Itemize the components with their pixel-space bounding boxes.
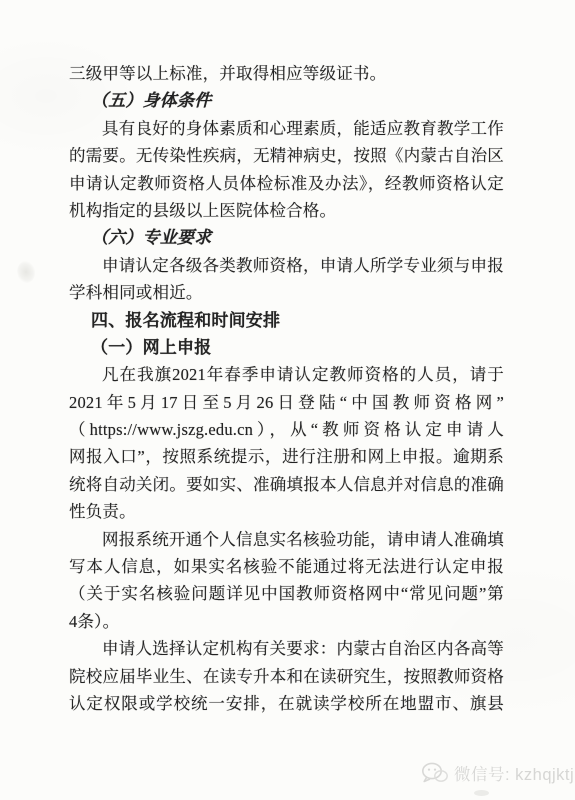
- wechat-watermark: 微信号: kzhqjktj: [421, 761, 574, 785]
- scan-smudge: [14, 259, 38, 286]
- text-line: （https://www.jszg.edu.cn），从“教师资格认定申请人: [69, 416, 504, 443]
- text-line: 学科相同或相近。: [69, 279, 504, 306]
- text-line: 性负责。: [69, 498, 504, 525]
- page-background: 三级甲等以上标准，并取得相应等级证书。 （五）身体条件 具有良好的身体素质和心理…: [0, 0, 575, 800]
- section-heading: 四、报名流程和时间安排: [69, 307, 504, 334]
- text-line: 网报入口”，按照系统提示，进行注册和网上申报。逾期系: [69, 443, 504, 470]
- text-line: 申请认定各级各类教师资格，申请人所学专业须与申报: [69, 252, 504, 279]
- text-line: （关于实名核验问题详见中国教师资格网中“常见问题”第: [69, 580, 504, 607]
- text-line: 申请认定教师资格人员体检标准及办法》，经教师资格认定: [69, 170, 504, 197]
- text-line: 机构指定的县级以上医院体检合格。: [69, 197, 504, 224]
- text-line: 4条）。: [69, 608, 504, 635]
- section-heading: （五）身体条件: [69, 87, 504, 114]
- scanned-document-page: { "page": { "background": "#fcfcfa", "te…: [0, 0, 575, 800]
- section-heading: （一）网上申报: [69, 334, 504, 361]
- text-line: 写本人信息，如果实名核验不能通过将无法进行认定申报: [69, 553, 504, 580]
- document-text: 三级甲等以上标准，并取得相应等级证书。 （五）身体条件 具有良好的身体素质和心理…: [69, 60, 504, 717]
- section-heading: （六）专业要求: [69, 224, 504, 251]
- text-line: 凡在我旗2021年春季申请认定教师资格的人员，请于: [69, 361, 504, 388]
- wechat-icon: [421, 761, 448, 785]
- scan-smudge: [474, 790, 489, 796]
- text-line: 2021年5月17日至5月26日登陆“中国教师资格网”: [69, 389, 504, 416]
- text-line: 申请人选择认定机构有关要求：内蒙古自治区内各高等: [69, 635, 504, 662]
- text-line: 院校应届毕业生、在读专升本和在读研究生，按照教师资格: [69, 663, 504, 690]
- watermark-label: 微信号: kzhqjktj: [454, 761, 574, 785]
- text-line: 网报系统开通个人信息实名核验功能，请申请人准确填: [69, 526, 504, 553]
- text-line: 的需要。无传染性疾病，无精神病史，按照《内蒙古自治区: [69, 142, 504, 169]
- text-line: 三级甲等以上标准，并取得相应等级证书。: [69, 60, 504, 87]
- text-line: 统将自动关闭。要如实、准确填报本人信息并对信息的准确: [69, 471, 504, 498]
- text-line: 具有良好的身体素质和心理素质，能适应教育教学工作: [69, 115, 504, 142]
- text-line: 认定权限或学校统一安排，在就读学校所在地盟市、旗县: [69, 690, 504, 717]
